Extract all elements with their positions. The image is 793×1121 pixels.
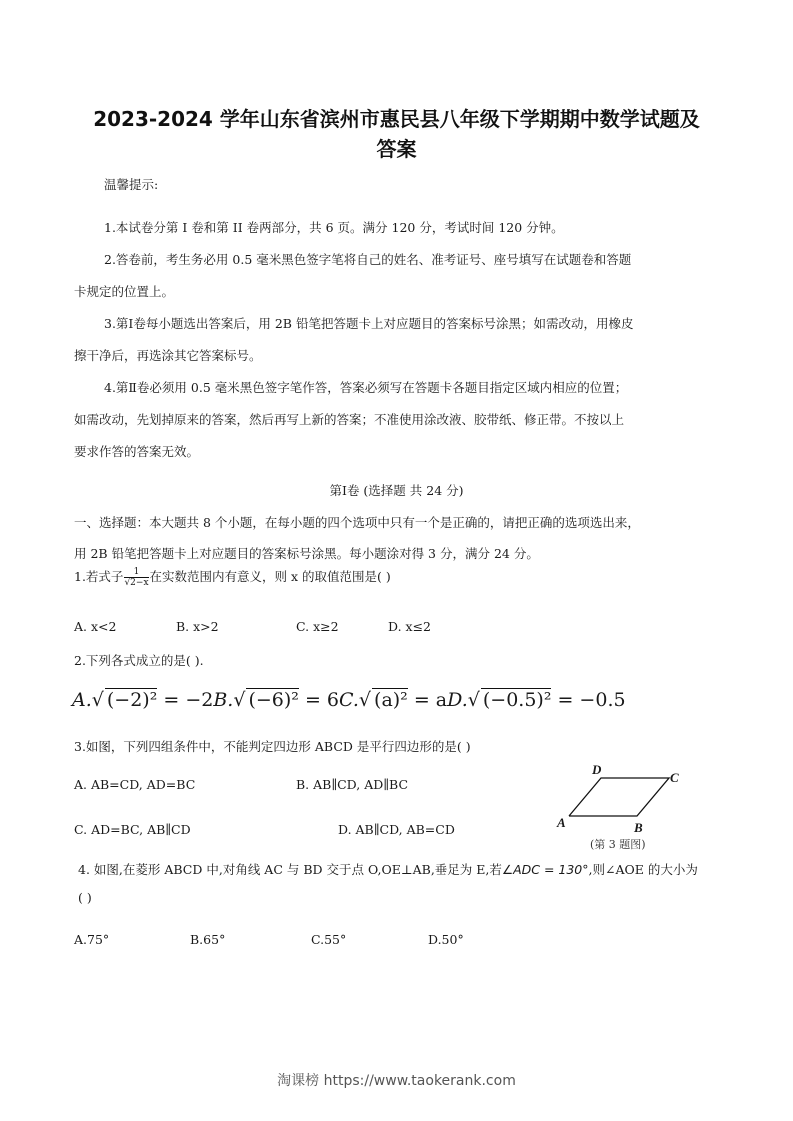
q4-stem-math: ∠ADC = 130° <box>502 862 589 877</box>
q1-option-c: C. x≥2 <box>296 619 339 634</box>
q4-option-a: A.75° <box>74 932 109 947</box>
q2-option-a-rhs: = −2 <box>157 689 213 711</box>
sqrt-icon: √ <box>468 689 480 711</box>
question-2-stem: 2.下列各式成立的是( ). <box>74 651 204 669</box>
notice-3: 3.第Ⅰ卷每小题选出答案后，用 2B 铅笔把答题卡上对应题目的答案标号涂黑；如需… <box>104 314 633 332</box>
question-1-stem: 1.若式子1√2−x在实数范围内有意义，则 x 的取值范围是( ) <box>74 567 391 588</box>
notice-2: 2.答卷前，考生务必用 0.5 毫米黑色签字笔将自己的姓名、准考证号、座号填写在… <box>104 250 631 268</box>
section-intro-line2: 用 2B 铅笔把答题卡上对应题目的答案标号涂黑。每小题涂对得 3 分，满分 24… <box>74 544 539 562</box>
notice-3-cont: 擦干净后，再选涂其它答案标号。 <box>74 346 262 364</box>
q1-suffix: 在实数范围内有意义，则 x 的取值范围是( ) <box>150 569 391 584</box>
q4-stem-part2: ,则∠AOE 的大小为 <box>589 862 698 877</box>
document-title-line1: 2023-2024 学年山东省滨州市惠民县八年级下学期期中数学试题及 <box>0 103 793 132</box>
q4-option-c: C.55° <box>311 932 346 947</box>
question-3-stem: 3.如图，下列四组条件中，不能判定四边形 ABCD 是平行四边形的是( ) <box>74 737 471 755</box>
sqrt-icon: √ <box>92 689 104 711</box>
figure-label-b: B <box>634 820 643 836</box>
q4-stem-part1: 4. 如图,在菱形 ABCD 中,对角线 AC 与 BD 交于点 O,OE⊥AB… <box>78 862 502 877</box>
q2-option-d-rhs: = −0.5 <box>551 689 625 711</box>
notice-1: 1.本试卷分第 I 卷和第 II 卷两部分，共 6 页。满分 120 分，考试时… <box>104 218 564 236</box>
figure-caption: (第 3 题图) <box>590 836 646 852</box>
notice-4-cont1: 如需改动，先划掉原来的答案，然后再写上新的答案；不准使用涂改液、胶带纸、修正带。… <box>74 410 624 428</box>
notice-heading: 温馨提示: <box>104 175 158 193</box>
q2-option-a-label: A. <box>72 689 92 711</box>
q2-option-c-rhs: = a <box>408 689 447 711</box>
q2-option-d-label: D. <box>447 689 468 711</box>
parallelogram-figure: D C A B (第 3 题图) <box>552 764 702 856</box>
q2-option-b-rhs: = 6 <box>299 689 339 711</box>
q4-option-b: B.65° <box>190 932 225 947</box>
q3-option-a: A. AB=CD, AD=BC <box>74 777 195 792</box>
q4-answer-blank: ( ) <box>78 890 92 905</box>
q1-option-b: B. x>2 <box>176 619 219 634</box>
q3-option-c: C. AD=BC, AB∥CD <box>74 822 191 837</box>
sqrt-icon: √ <box>233 689 245 711</box>
q2-option-b-radicand: (−6)² <box>246 688 298 711</box>
figure-label-d: D <box>592 762 601 778</box>
question-2-options: A.√(−2)² = −2B.√(−6)² = 6C.√(a)² = aD.√(… <box>72 688 626 711</box>
section-intro-line1: 一、选择题：本大题共 8 个小题，在每小题的四个选项中只有一个是正确的，请把正确… <box>74 513 640 531</box>
figure-label-c: C <box>670 770 679 786</box>
q2-option-b-label: B. <box>213 689 233 711</box>
q1-option-d: D. x≤2 <box>388 619 431 634</box>
q1-frac-num: 1 <box>124 567 148 578</box>
section-heading: 第Ⅰ卷 (选择题 共 24 分) <box>0 481 793 499</box>
q2-option-d-radicand: (−0.5)² <box>481 688 552 711</box>
q1-prefix: 1.若式子 <box>74 569 123 584</box>
notice-4: 4.第Ⅱ卷必须用 0.5 毫米黑色签字笔作答，答案必须写在答题卡各题目指定区域内… <box>104 378 627 396</box>
q1-frac-den: √2−x <box>124 578 148 588</box>
q4-option-d: D.50° <box>428 932 464 947</box>
sqrt-icon: √ <box>359 689 371 711</box>
question-4-stem: 4. 如图,在菱形 ABCD 中,对角线 AC 与 BD 交于点 O,OE⊥AB… <box>78 860 698 878</box>
q2-option-c-radicand: (a)² <box>372 688 408 711</box>
q3-option-b: B. AB∥CD, AD∥BC <box>296 777 408 792</box>
notice-4-cont2: 要求作答的答案无效。 <box>74 442 199 460</box>
figure-label-a: A <box>557 815 566 831</box>
document-title-line2: 答案 <box>0 133 793 162</box>
q1-option-a: A. x<2 <box>74 619 116 634</box>
footer-watermark: 淘课榜 https://www.taokerank.com <box>0 1070 793 1090</box>
q1-fraction: 1√2−x <box>124 567 148 588</box>
notice-2-cont: 卡规定的位置上。 <box>74 282 174 300</box>
q2-option-a-radicand: (−2)² <box>105 688 157 711</box>
q2-option-c-label: C. <box>339 689 359 711</box>
q3-option-d: D. AB∥CD, AB=CD <box>338 822 455 837</box>
